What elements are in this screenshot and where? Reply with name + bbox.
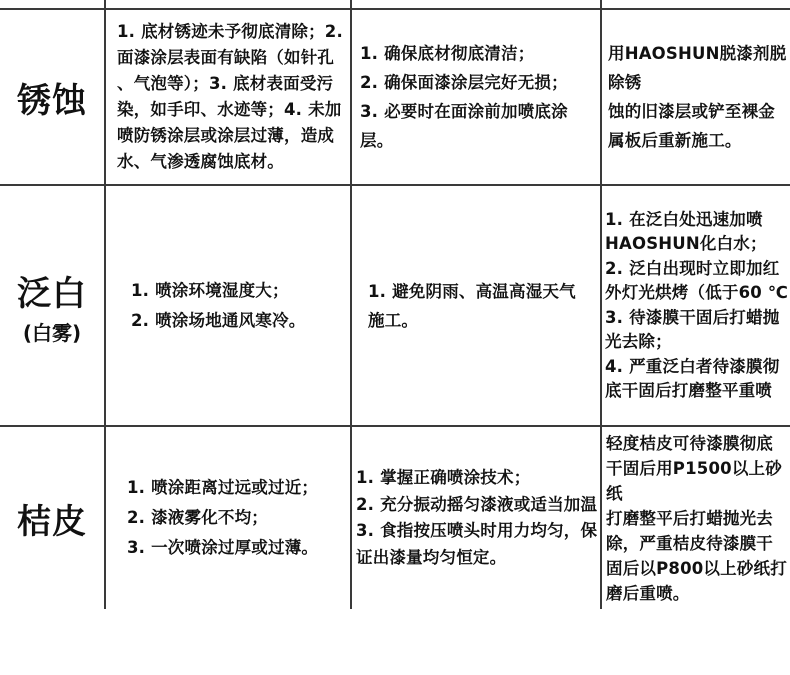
rust-remedy-text: 用HAOSHUN脱漆剂脱除锈 蚀的旧漆层或铲至裸金 属板后重新施工。 — [602, 10, 790, 184]
defect-name-orange-peel: 桔皮 — [0, 427, 104, 609]
rust-prevention-text: 1. 确保底材彻底清洁； 2. 确保面漆涂层完好无损； 3. 必要时在面涂前加喷… — [352, 10, 600, 184]
orange-peel-prevention-text: 1. 掌握正确喷涂技术； 2. 充分振动摇匀漆液或适当加温 3. 食指按压喷头时… — [352, 427, 600, 609]
defect-label: 锈蚀 — [17, 73, 87, 122]
blushing-causes-text: 1. 喷涂环境湿度大； 2. 喷涂场地通风寒冷。 — [106, 186, 350, 425]
defect-name-rust: 锈蚀 — [0, 10, 104, 184]
paint-defect-troubleshooting-table: 锈蚀 1. 底材锈迹未予彻底清除；2. 面漆涂层表面有缺陷（如针孔 、气泡等）；… — [0, 0, 790, 675]
defect-sublabel: (白雾) — [23, 317, 81, 346]
rust-causes-text: 1. 底材锈迹未予彻底清除；2. 面漆涂层表面有缺陷（如针孔 、气泡等）；3. … — [106, 10, 350, 184]
defect-label: 泛白 — [17, 266, 87, 315]
defect-name-blushing: 泛白 (白雾) — [0, 186, 104, 425]
orange-peel-causes-text: 1. 喷涂距离过远或过近； 2. 漆液雾化不均； 3. 一次喷涂过厚或过薄。 — [106, 427, 350, 609]
defect-label: 桔皮 — [17, 494, 87, 543]
blushing-remedy-text: 1. 在泛白处迅速加喷 HAOSHUN化白水； 2. 泛白出现时立即加红 外灯光… — [602, 186, 790, 425]
blushing-prevention-text: 1. 避免阴雨、高温高湿天气 施工。 — [352, 186, 600, 425]
orange-peel-remedy-text: 轻度桔皮可待漆膜彻底 干固后用P1500以上砂纸 打磨整平后打蜡抛光去 除，严重… — [602, 427, 790, 609]
